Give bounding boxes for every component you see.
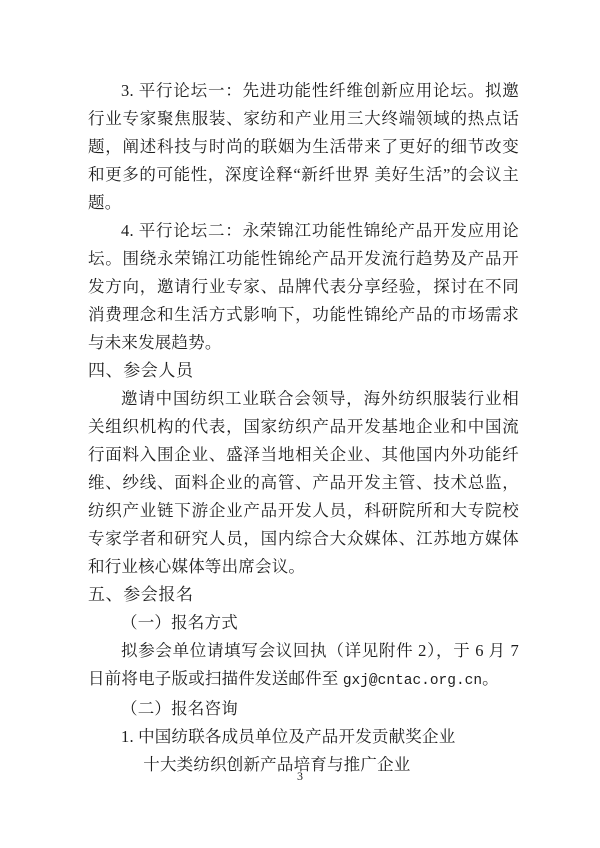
page-number: 3 [0, 769, 600, 784]
list-item-consult-member-units: 1. 中国纺联各成员单位及产品开发贡献奖企业 [88, 723, 519, 751]
section-heading-registration: 五、参会报名 [88, 581, 519, 609]
paragraph-registration-method: 拟参会单位请填写会议回执（详见附件 2），于 6 月 7 日前将电子版或扫描件发… [88, 637, 519, 695]
paragraph-attendees: 邀请中国纺织工业联合会领导，海外纺织服装行业相关组织机构的代表，国家纺织产品开发… [88, 385, 519, 581]
paragraph-parallel-forum-1: 3. 平行论坛一：先进功能性纤维创新应用论坛。拟邀行业专家聚焦服装、家纺和产业用… [88, 77, 519, 217]
section-heading-attendees: 四、参会人员 [88, 357, 519, 385]
subheading-registration-method: （一）报名方式 [88, 609, 519, 637]
document-body: 3. 平行论坛一：先进功能性纤维创新应用论坛。拟邀行业专家聚焦服装、家纺和产业用… [88, 77, 519, 779]
registration-instruction-period: 。 [482, 669, 499, 688]
subheading-registration-consult: （二）报名咨询 [88, 695, 519, 723]
document-page: 3. 平行论坛一：先进功能性纤维创新应用论坛。拟邀行业专家聚焦服装、家纺和产业用… [0, 0, 600, 848]
registration-email: gxj@cntac.org.cn [343, 673, 482, 689]
paragraph-parallel-forum-2: 4. 平行论坛二：永荣锦江功能性锦纶产品开发应用论坛。围绕永荣锦江功能性锦纶产品… [88, 217, 519, 357]
